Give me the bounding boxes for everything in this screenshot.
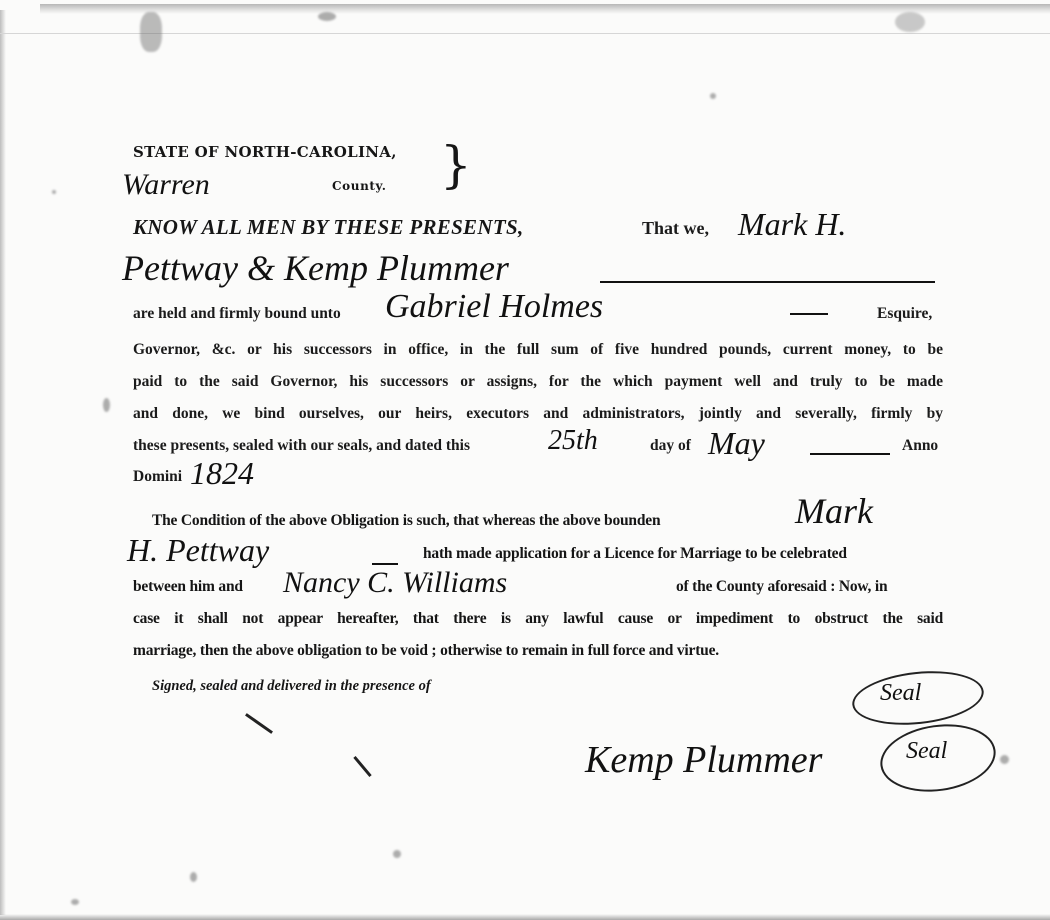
- ink-stain: [52, 190, 56, 194]
- that-we-label: That we,: [642, 218, 709, 239]
- ink-stain: [318, 12, 336, 21]
- fill-line: [790, 303, 828, 322]
- day-of-text: day of: [650, 437, 691, 455]
- county-aforesaid-text: of the County aforesaid : Now, in: [676, 578, 887, 596]
- condition-line-1: The Condition of the above Obligation is…: [152, 512, 660, 530]
- ink-stain: [895, 12, 925, 32]
- seal-2-label: Seal: [906, 738, 947, 765]
- dated-text: these presents, sealed with our seals, a…: [133, 437, 470, 455]
- ink-stain: [140, 12, 162, 52]
- line-text: and done, we bind ourselves, our heirs, …: [133, 405, 943, 423]
- held-bound-text: are held and firmly bound unto: [133, 305, 341, 323]
- body-line-paid: paid to the said Governor, his successor…: [133, 373, 943, 391]
- bond-opening: KNOW ALL MEN BY THESE PRESENTS,: [133, 215, 524, 240]
- signer-2-signature: Kemp Plummer: [585, 738, 822, 782]
- line-text: paid to the said Governor, his successor…: [133, 373, 943, 391]
- ink-stain: [190, 872, 197, 882]
- anno-text: Anno: [902, 437, 938, 455]
- paper-left-edge: [0, 10, 6, 915]
- body-line-governor: Governor, &c. or his successors in offic…: [133, 341, 943, 359]
- condition-line-3: case it shall not appear hereafter, that…: [133, 610, 943, 628]
- day-handwritten: 25th: [548, 425, 598, 457]
- ink-stain: [710, 93, 716, 99]
- witness-mark: [353, 756, 371, 777]
- header-brace: }: [440, 140, 472, 190]
- body-line-bind: and done, we bind ourselves, our heirs, …: [133, 405, 943, 423]
- domini-text: Domini: [133, 468, 182, 486]
- ink-stain: [103, 398, 110, 412]
- groom-handwritten-1: Mark: [795, 490, 873, 532]
- witness-label: Signed, sealed and delivered in the pres…: [152, 678, 431, 695]
- obligor-handwritten-1: Mark H.: [738, 206, 846, 243]
- esquire-text: Esquire,: [877, 305, 932, 323]
- ink-stain: [1000, 755, 1009, 764]
- condition-line-4: marriage, then the above obligation to b…: [133, 642, 719, 660]
- witness-mark: [245, 713, 273, 734]
- bride-handwritten: Nancy C. Williams: [283, 566, 507, 600]
- governor-name-handwritten: Gabriel Holmes: [385, 288, 603, 326]
- month-handwritten: May: [708, 425, 765, 462]
- ink-stain: [393, 850, 401, 858]
- ink-stain: [71, 899, 79, 905]
- fill-line: [600, 271, 935, 290]
- fill-line: [810, 443, 890, 462]
- county-label: County.: [332, 179, 387, 193]
- seal-1-label: Seal: [880, 680, 921, 707]
- paper-bottom-edge: [0, 914, 1050, 920]
- groom-handwritten-2: H. Pettway: [127, 532, 269, 569]
- county-name-handwritten: Warren: [122, 168, 210, 202]
- year-handwritten: 1824: [190, 455, 254, 492]
- paper-top-edge: [40, 4, 1050, 14]
- document-page: STATE OF NORTH-CAROLINA, Warren County. …: [0, 0, 1050, 920]
- line-text: case it shall not appear hereafter, that…: [133, 610, 943, 628]
- line-text: Governor, &c. or his successors in offic…: [133, 341, 943, 359]
- obligor-handwritten-2: Pettway & Kemp Plummer: [122, 247, 509, 289]
- condition-line-2: hath made application for a Licence for …: [423, 545, 847, 563]
- state-heading: STATE OF NORTH-CAROLINA,: [133, 143, 397, 161]
- between-text: between him and: [133, 578, 243, 596]
